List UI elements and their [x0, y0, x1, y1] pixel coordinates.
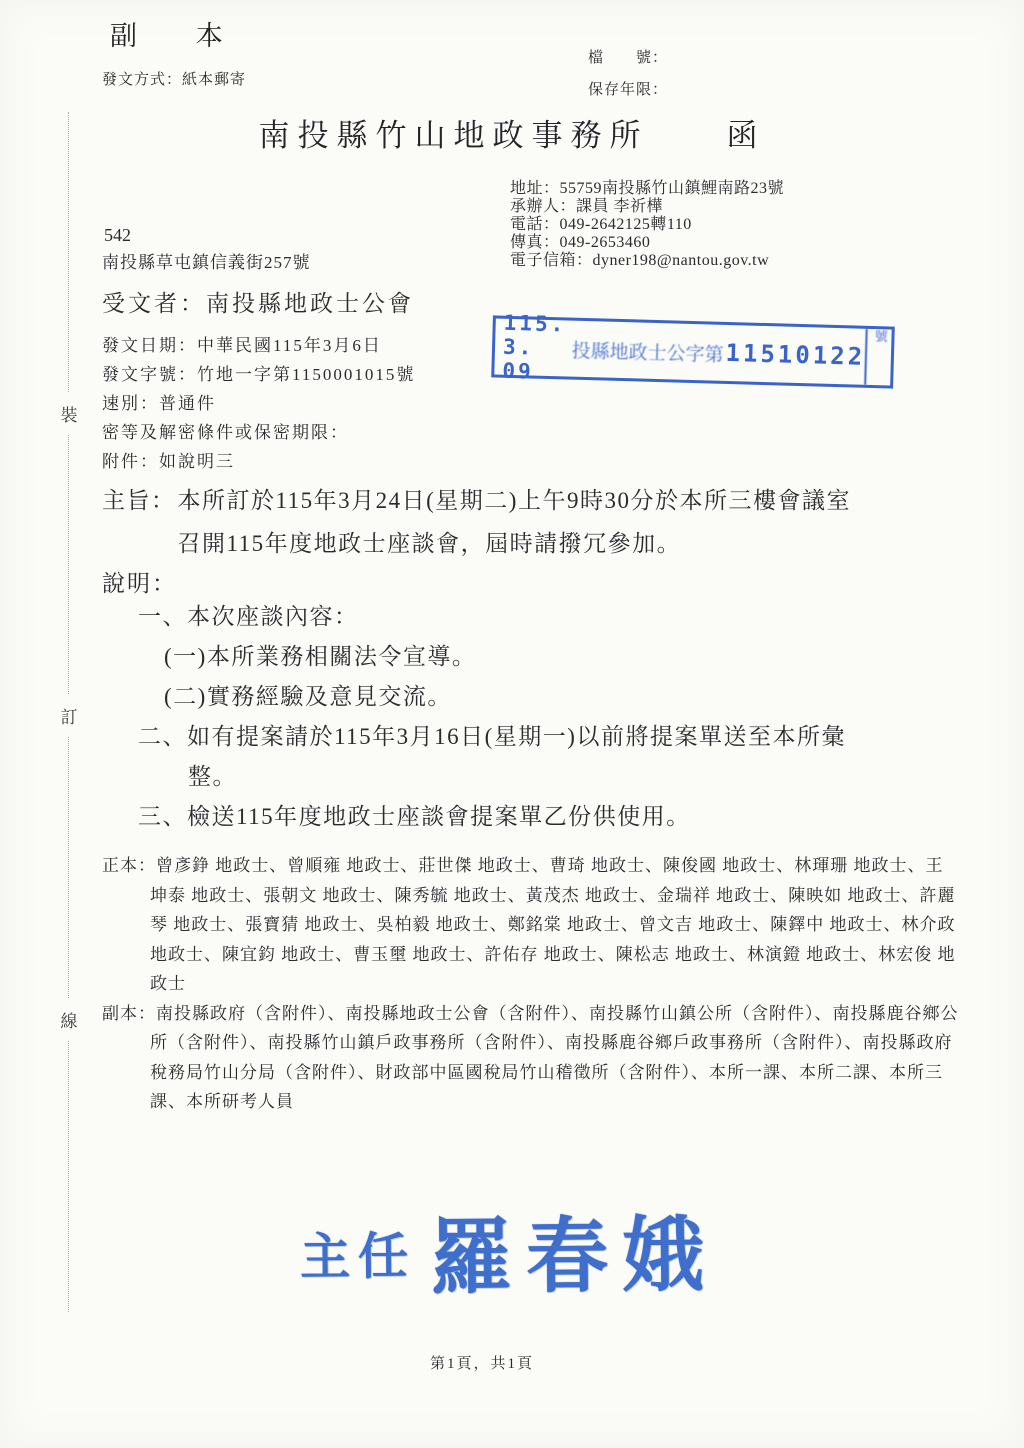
- original-recipients: 正本：曾彥錚 地政士、曾順雍 地政士、莊世傑 地政士、曹琦 地政士、陳俊國 地政…: [102, 851, 960, 999]
- document-title: 南投縣竹山地政事務所 函: [0, 110, 1024, 155]
- agency-email: 電子信箱：dyner198@nantou.gov.tw: [510, 252, 784, 270]
- description-item-1a: (一)本所業務相關法令宣導。: [164, 637, 880, 677]
- description-item-1: 一、本次座談內容：: [138, 597, 880, 637]
- description-label: 說明：: [102, 565, 177, 598]
- item-number: 一、: [138, 604, 187, 629]
- addressee-line: 受文者：南投縣地政士公會: [102, 285, 414, 318]
- retention-period-label: 保存年限：: [588, 78, 668, 99]
- recipient-street: 南投縣草屯鎮信義街257號: [102, 248, 311, 273]
- item-text: 如有提案請於115年3月16日(星期一)以前將提案單送至本所彙整。: [187, 724, 846, 789]
- agency-fax: 傳真：049-2653460: [510, 234, 784, 252]
- description-item-3: 三、檢送115年度地政士座談會提案單乙份供使用。: [138, 797, 880, 837]
- stamp-suffix-hao: 號: [864, 329, 893, 386]
- document-meta-block: 發文日期：中華民國115年3月6日 發文字號：竹地一字第1150001015號 …: [102, 331, 415, 476]
- attachment-line: 附件：如說明三: [102, 447, 415, 476]
- stamp-serial-number: 11510122: [725, 339, 865, 371]
- item-number: (二): [164, 684, 207, 709]
- distribution-block: 正本：曾彥錚 地政士、曾順雍 地政士、莊世傑 地政士、曹琦 地政士、陳俊國 地政…: [102, 851, 960, 1117]
- priority-line: 速別：普通件: [102, 389, 415, 418]
- item-text: 實務經驗及意見交流。: [207, 684, 452, 709]
- delivery-method-line: 發文方式：紙本郵寄: [102, 68, 246, 89]
- copy-type-label: 副 本: [110, 14, 249, 53]
- copy-label: 副本：: [102, 1004, 156, 1023]
- item-number: 三、: [138, 804, 187, 829]
- scanned-official-letter-page: 裝 訂 線 副 本 發文方式：紙本郵寄 檔 號： 保存年限： 南投縣竹山地政事務…: [0, 0, 1024, 1448]
- doc-number-line: 發文字號：竹地一字第1150001015號: [102, 360, 415, 389]
- file-number-label: 檔 號：: [588, 46, 668, 67]
- item-number: 二、: [138, 724, 187, 749]
- binding-label-ding: 訂: [56, 694, 82, 737]
- original-list: 曾彥錚 地政士、曾順雍 地政士、莊世傑 地政士、曹琦 地政士、陳俊國 地政士、林…: [150, 856, 956, 993]
- security-line: 密等及解密條件或保密期限：: [102, 418, 415, 447]
- description-items: 一、本次座談內容： (一)本所業務相關法令宣導。 (二)實務經驗及意見交流。 二…: [138, 597, 880, 837]
- stamp-org-text: 投縣地政士公字第: [571, 335, 724, 366]
- director-signature-stamp: 主任 羅春娥: [299, 1190, 718, 1311]
- agency-contact-person: 承辦人：課員 李祈樺: [510, 198, 784, 216]
- subject-label: 主旨：: [102, 479, 176, 565]
- item-text: 本所業務相關法令宣導。: [207, 644, 477, 669]
- item-text: 本次座談內容：: [187, 604, 359, 629]
- original-label: 正本：: [102, 856, 156, 875]
- item-number: (一): [164, 644, 207, 669]
- item-text: 檢送115年度地政士座談會提案單乙份供使用。: [187, 804, 691, 829]
- signature-name: 羅春娥: [429, 1190, 718, 1310]
- subject-paragraph: 主旨： 本所訂於115年3月24日(星期二)上午9時30分於本所三樓會議室召開1…: [102, 479, 854, 565]
- binding-label-xian: 線: [56, 998, 82, 1041]
- copy-recipients: 副本：南投縣政府（含附件）、南投縣地政士公會（含附件）、南投縣竹山鎮公所（含附件…: [102, 999, 960, 1117]
- page-number-footer: 第1頁，共1頁: [0, 1352, 964, 1373]
- stamp-received-date: 115. 3. 09: [502, 311, 567, 385]
- signature-title: 主任: [300, 1215, 417, 1288]
- description-item-2: 二、如有提案請於115年3月16日(星期一)以前將提案單送至本所彙整。: [138, 717, 880, 797]
- binding-label-zhuang: 裝: [56, 392, 82, 435]
- agency-address: 地址：55759南投縣竹山鎮鯉南路23號: [510, 180, 784, 198]
- description-item-1b: (二)實務經驗及意見交流。: [164, 677, 880, 717]
- issue-date-line: 發文日期：中華民國115年3月6日: [102, 331, 415, 360]
- copy-list: 南投縣政府（含附件）、南投縣地政士公會（含附件）、南投縣竹山鎮公所（含附件）、南…: [150, 1004, 959, 1112]
- agency-phone: 電話：049-2642125轉110: [510, 216, 784, 234]
- recipient-postal-code: 542: [104, 225, 131, 246]
- received-date-stamp: 115. 3. 09 投縣地政士公字第 11510122 號: [491, 315, 895, 388]
- subject-text: 本所訂於115年3月24日(星期二)上午9時30分於本所三樓會議室召開115年度…: [178, 479, 854, 565]
- agency-contact-block: 地址：55759南投縣竹山鎮鯉南路23號 承辦人：課員 李祈樺 電話：049-2…: [510, 180, 784, 270]
